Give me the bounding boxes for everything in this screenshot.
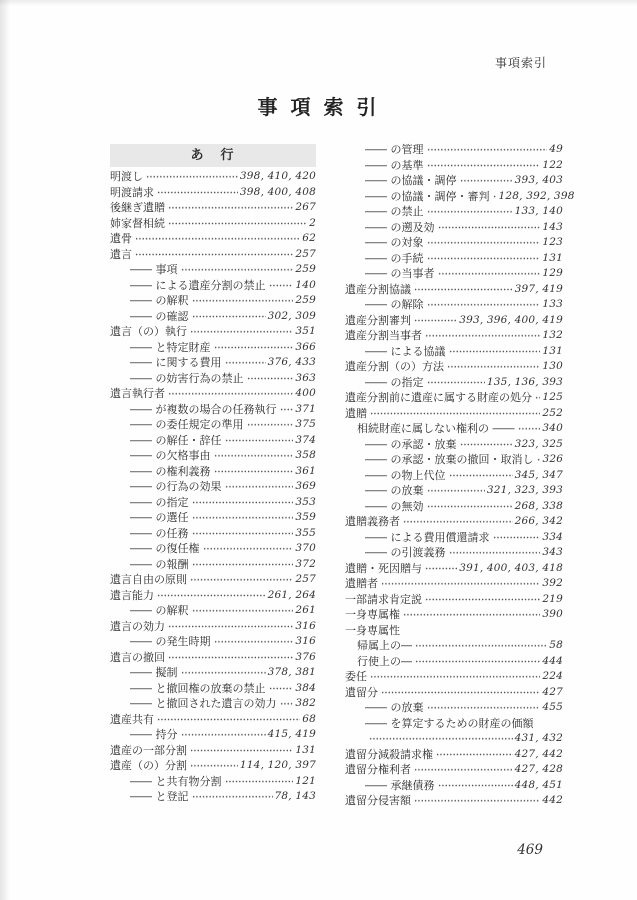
- index-entry: 相続財産に属しない権利の ――340: [345, 421, 563, 437]
- index-entry: ―― の承認・放棄323, 325: [345, 437, 563, 453]
- dot-leader: [224, 433, 294, 449]
- entry-page-numbers: 129: [542, 267, 563, 280]
- entry-page-numbers: 316: [295, 620, 316, 633]
- entry-label: ―― の解除: [365, 298, 424, 311]
- entry-label: ―― が複数の場合の任務執行: [130, 403, 277, 416]
- entry-page-numbers: 257: [295, 248, 316, 261]
- index-entry: 遺贈義務者266, 342: [345, 514, 563, 530]
- entry-label: ―― の基準: [365, 159, 424, 172]
- entry-page-numbers: 378, 381: [268, 666, 316, 679]
- entry-page-numbers: 78, 143: [275, 790, 316, 803]
- entry-label: 遺産分割協議: [345, 283, 411, 296]
- entry-page-numbers: 351: [295, 325, 316, 338]
- dot-leader: [414, 638, 547, 654]
- entry-page-numbers: 384: [295, 682, 316, 695]
- entry-label: 遺産（の）分割: [110, 759, 187, 772]
- entry-label: ―― の放棄: [365, 484, 424, 497]
- dot-leader: [189, 743, 293, 759]
- index-entry: ―― の放棄321, 323, 393: [345, 483, 563, 499]
- entry-page-numbers: 268, 338: [515, 500, 563, 513]
- entry-label: 明渡し: [110, 170, 143, 183]
- entry-page-numbers: 393, 396, 400, 419: [459, 314, 563, 327]
- dot-leader: [459, 437, 513, 453]
- index-entry: ―― の発生時期316: [110, 634, 316, 650]
- dot-leader: [437, 266, 541, 282]
- index-entry: ―― の報酬372: [110, 557, 316, 573]
- entry-label: 帰属上の―: [357, 639, 412, 652]
- entry-page-numbers: 448, 451: [515, 779, 563, 792]
- index-entries-left: 明渡し398, 410, 420明渡請求398, 400, 408後継ぎ遺贈26…: [110, 169, 316, 805]
- entry-label: ―― の当事者: [365, 267, 435, 280]
- dot-leader: [279, 402, 294, 418]
- entry-label: 遺贈義務者: [345, 515, 400, 528]
- dot-leader: [426, 204, 513, 220]
- entry-page-numbers: 2: [309, 217, 316, 230]
- entry-page-numbers: 374: [295, 434, 316, 447]
- dot-leader: [189, 324, 293, 340]
- entry-page-numbers: 261, 264: [268, 589, 316, 602]
- entry-label: ―― の遡及効: [365, 221, 435, 234]
- dot-leader: [268, 681, 294, 697]
- entry-page-numbers: 321, 323, 393: [487, 484, 563, 497]
- index-entry: ―― と撤回権の放棄の禁止384: [110, 681, 316, 697]
- entry-page-numbers: 376: [295, 651, 316, 664]
- dot-leader: [191, 789, 273, 805]
- index-entry: ―― の解釈259: [110, 293, 316, 309]
- index-entry: ―― 擬制378, 381: [110, 665, 316, 681]
- entry-label: 遺産の一部分割: [110, 744, 187, 757]
- entry-page-numbers: 400: [295, 387, 316, 400]
- dot-leader: [189, 572, 293, 588]
- entry-label: ―― による協議: [365, 345, 446, 358]
- section-header-a-gyo: あ 行: [110, 144, 316, 167]
- entry-page-numbers: 370: [295, 542, 316, 555]
- entry-page-numbers: 442: [542, 794, 563, 807]
- entry-label: ―― の協議・調停: [365, 174, 457, 187]
- entry-label: ―― の無効: [365, 500, 424, 513]
- dot-leader: [213, 464, 294, 480]
- index-entry: ―― と共有物分割121: [110, 774, 316, 790]
- dot-leader: [369, 406, 540, 422]
- index-entry: ―― の確認302, 309: [110, 309, 316, 325]
- entry-label: ―― の指定: [130, 496, 189, 509]
- dot-leader: [213, 448, 294, 464]
- index-entry: ―― の基準122: [345, 158, 563, 174]
- index-entry: ―― の解釈261: [110, 603, 316, 619]
- index-entry: ―― の対象123: [345, 235, 563, 251]
- entry-label: ―― の引渡義務: [365, 546, 446, 559]
- entry-label: 遺留分: [345, 686, 378, 699]
- dot-leader: [246, 417, 294, 433]
- dot-leader: [167, 650, 293, 666]
- dot-leader: [446, 359, 540, 375]
- entry-page-numbers: 353: [295, 496, 316, 509]
- index-column-right: ―― の管理49―― の基準122―― の協議・調停393, 403―― の協議…: [345, 140, 563, 809]
- index-entry: 姉家督相続2: [110, 216, 316, 232]
- index-entry: 遺留分侵害額442: [345, 793, 563, 809]
- dot-leader: [191, 495, 294, 511]
- entry-page-numbers: 133: [542, 298, 563, 311]
- entry-label: 遺贈・死因贈与: [345, 562, 422, 575]
- entry-label: ―― と撤回された遺言の効力: [130, 697, 277, 710]
- entry-page-numbers: 267: [295, 201, 316, 214]
- index-entry: 遺産分割（の）方法130: [345, 359, 563, 375]
- index-entry: ―― が複数の場合の任務執行371: [110, 402, 316, 418]
- index-entry: 遺産分割前に遺産に属する財産の処分125: [345, 390, 563, 406]
- entry-label: ―― の解任・辞任: [130, 434, 222, 447]
- index-entry: 遺言能力261, 264: [110, 588, 316, 604]
- index-page: 事項索引 事 項 索 引 あ 行 明渡し398, 410, 420明渡請求398…: [0, 0, 637, 900]
- index-entry: ―― の引渡義務343: [345, 545, 563, 561]
- entry-label: ―― の解釈: [130, 294, 189, 307]
- dot-leader: [191, 293, 294, 309]
- entry-page-numbers: 393, 403: [515, 174, 563, 187]
- index-entry: ―― の妨害行為の禁止363: [110, 371, 316, 387]
- entry-label: 遺贈者: [345, 577, 378, 590]
- index-entry: ―― と撤回された遺言の効力382: [110, 696, 316, 712]
- index-entry: ―― の管理49: [345, 142, 563, 158]
- index-entry: 遺言執行者400: [110, 386, 316, 402]
- index-entry: 遺贈・死因贈与391, 400, 403, 418: [345, 561, 563, 577]
- entry-page-numbers: 427: [542, 686, 563, 699]
- dot-leader: [424, 592, 540, 608]
- entry-page-numbers: 343: [542, 546, 563, 559]
- index-entry: ―― の任務355: [110, 526, 316, 542]
- dot-leader: [426, 235, 541, 251]
- index-entry: ―― の遡及効143: [345, 220, 563, 236]
- index-entry: 一身専属権390: [345, 607, 563, 623]
- index-entry: 遺言の効力316: [110, 619, 316, 635]
- entry-label: ―― の物上代位: [365, 469, 446, 482]
- dot-leader: [246, 371, 294, 387]
- dot-leader: [191, 557, 294, 573]
- dot-leader: [380, 576, 540, 592]
- entry-page-numbers: 334: [542, 531, 563, 544]
- dot-leader: [492, 189, 497, 205]
- dot-leader: [426, 158, 541, 174]
- entry-page-numbers: 132: [542, 329, 563, 342]
- entry-page-numbers: 355: [295, 527, 316, 540]
- dot-leader: [167, 619, 293, 635]
- dot-leader: [437, 778, 513, 794]
- entry-label: ―― の発生時期: [130, 635, 211, 648]
- entry-label: ―― の協議・調停・審判: [365, 190, 490, 203]
- entry-label: 遺言自由の原則: [110, 573, 187, 586]
- index-entry: 明渡請求398, 400, 408: [110, 185, 316, 201]
- dot-leader: [156, 712, 300, 728]
- entry-label: 一部請求肯定説: [345, 593, 422, 606]
- entry-label: 行使上の―: [357, 655, 412, 668]
- dot-leader: [459, 173, 513, 189]
- index-entry: 遺言自由の原則257: [110, 572, 316, 588]
- index-entry: 遺留分427: [345, 685, 563, 701]
- dot-leader: [268, 278, 294, 294]
- dot-leader: [402, 514, 513, 530]
- entry-label: 明渡請求: [110, 186, 154, 199]
- dot-leader: [180, 727, 266, 743]
- entry-page-numbers: 415, 419: [268, 728, 316, 741]
- entry-label: 遺産分割前に遺産に属する財産の処分: [345, 391, 532, 404]
- index-entry: ―― による費用償還請求334: [345, 530, 563, 546]
- entry-page-numbers: 121: [295, 775, 316, 788]
- entry-page-numbers: 397, 419: [515, 283, 563, 296]
- dot-leader: [536, 452, 541, 468]
- index-entry: ―― の復任権370: [110, 541, 316, 557]
- entry-label: ―― の妨害行為の禁止: [130, 372, 244, 385]
- page-number: 469: [517, 842, 543, 858]
- entry-label: 遺言能力: [110, 589, 154, 602]
- entry-page-numbers: 122: [542, 159, 563, 172]
- index-entry: 明渡し398, 410, 420: [110, 169, 316, 185]
- entry-page-numbers: 390: [542, 608, 563, 621]
- entry-label: 遺言の撤回: [110, 651, 165, 664]
- entry-label: ―― を算定するための財産の価額: [365, 717, 534, 730]
- entry-page-numbers: 257: [295, 573, 316, 586]
- entry-page-numbers: 114, 120, 397: [240, 759, 316, 772]
- entry-label: ―― と登記: [130, 790, 189, 803]
- dot-leader: [167, 216, 307, 232]
- entry-page-numbers: 345, 347: [515, 469, 563, 482]
- dot-leader: [426, 251, 541, 267]
- index-entry: 遺産（の）分割114, 120, 397: [110, 758, 316, 774]
- entry-label: 遺言の効力: [110, 620, 165, 633]
- entry-page-numbers: 62: [302, 232, 316, 245]
- entry-label: 遺言: [110, 248, 132, 261]
- dot-leader: [134, 231, 300, 247]
- dot-leader: [224, 479, 294, 495]
- dot-leader: [191, 526, 294, 542]
- entry-page-numbers: 131: [295, 744, 316, 757]
- entry-label: ―― の選任: [130, 511, 189, 524]
- dot-leader: [414, 654, 540, 670]
- dot-leader: [368, 731, 513, 747]
- entry-page-numbers: 375: [295, 418, 316, 431]
- dot-leader: [492, 530, 541, 546]
- entry-label: ―― と特定財産: [130, 341, 211, 354]
- index-entry: ―― による遺産分割の禁止140: [110, 278, 316, 294]
- index-entry: ―― の承認・放棄の撤回・取消し326: [345, 452, 563, 468]
- index-entry: ―― と登記78, 143: [110, 789, 316, 805]
- entry-page-numbers: 133, 140: [515, 205, 563, 218]
- entry-label: ―― の欠格事由: [130, 449, 211, 462]
- entry-page-numbers: 369: [295, 480, 316, 493]
- index-entry: ―― の選任359: [110, 510, 316, 526]
- dot-leader: [156, 588, 266, 604]
- dot-leader: [413, 793, 540, 809]
- index-entry: 遺言（の）執行351: [110, 324, 316, 340]
- index-entry: 後継ぎ遺贈267: [110, 200, 316, 216]
- entry-page-numbers: 68: [302, 713, 316, 726]
- entry-label: 遺言（の）執行: [110, 325, 187, 338]
- dot-leader: [426, 700, 541, 716]
- index-entry: ―― 承継債務448, 451: [345, 778, 563, 794]
- index-entry: 行使上の―444: [345, 654, 563, 670]
- entry-label: ―― の指定: [365, 376, 424, 389]
- entry-page-numbers: 371: [295, 403, 316, 416]
- entry-page-numbers: 224: [542, 670, 563, 683]
- index-entry: ―― 事項259: [110, 262, 316, 278]
- entry-page-numbers: 444: [542, 655, 563, 668]
- entry-page-numbers: 259: [295, 294, 316, 307]
- entry-label: ―― の復任権: [130, 542, 200, 555]
- index-entry: ―― の当事者129: [345, 266, 563, 282]
- entry-label: ―― の対象: [365, 236, 424, 249]
- entry-page-numbers: 130: [542, 360, 563, 373]
- entry-label: ―― による遺産分割の禁止: [130, 279, 266, 292]
- dot-leader: [435, 747, 513, 763]
- dot-leader: [413, 313, 457, 329]
- entry-page-numbers: 359: [295, 511, 316, 524]
- dot-leader: [413, 282, 513, 298]
- entry-label: ―― の管理: [365, 143, 424, 156]
- index-entry: 遺留分減殺請求権427, 442: [345, 747, 563, 763]
- dot-leader: [213, 634, 294, 650]
- dot-leader: [145, 169, 238, 185]
- dot-leader: [424, 328, 540, 344]
- entry-label: 遺贈: [345, 407, 367, 420]
- entry-page-numbers: 131: [542, 252, 563, 265]
- index-entries-right: ―― の管理49―― の基準122―― の協議・調停393, 403―― の協議…: [345, 142, 563, 809]
- entry-page-numbers: 323, 325: [515, 438, 563, 451]
- scan-edge-shadow-left: [0, 0, 10, 900]
- running-header: 事項索引: [495, 54, 547, 71]
- index-entry: 委任224: [345, 669, 563, 685]
- index-entry: ―― の権利義務361: [110, 464, 316, 480]
- index-entry: ―― による協議131: [345, 344, 563, 360]
- entry-label: ―― の解釈: [130, 604, 189, 617]
- entry-page-numbers: 58: [549, 639, 563, 652]
- dot-leader: [402, 607, 540, 623]
- entry-label: ―― の手続: [365, 252, 424, 265]
- index-entry: ―― 持分415, 419: [110, 727, 316, 743]
- index-entry: ―― の協議・調停・審判128, 392, 398: [345, 189, 563, 205]
- index-entry: ―― の欠格事由358: [110, 448, 316, 464]
- entry-page-numbers: 316: [295, 635, 316, 648]
- entry-label: ―― の任務: [130, 527, 189, 540]
- entry-label: ―― の放棄: [365, 701, 424, 714]
- entry-label: 姉家督相続: [110, 217, 165, 230]
- dot-leader: [167, 200, 293, 216]
- index-entry: ―― の無効268, 338: [345, 499, 563, 515]
- entry-page-numbers: 128, 392, 398: [499, 190, 575, 203]
- dot-leader: [413, 762, 513, 778]
- entry-label: 遺留分侵害額: [345, 794, 411, 807]
- entry-page-numbers: 427, 442: [515, 748, 563, 761]
- dot-leader: [448, 545, 541, 561]
- entry-label: ―― による費用償還請求: [365, 531, 490, 544]
- index-entry: ―― と特定財産366: [110, 340, 316, 356]
- index-entry: 一身専属性: [345, 623, 563, 639]
- entry-page-numbers: 382: [295, 697, 316, 710]
- entry-label: 遺産共有: [110, 713, 154, 726]
- entry-label: ―― の委任規定の準用: [130, 418, 244, 431]
- entry-label: ―― 擬制: [130, 666, 178, 679]
- index-entry: ―― の解任・辞任374: [110, 433, 316, 449]
- index-entry: 遺贈252: [345, 406, 563, 422]
- dot-leader: [191, 510, 294, 526]
- scan-edge-shadow-top: [0, 0, 637, 6]
- entry-page-numbers: 398, 410, 420: [240, 170, 316, 183]
- entry-page-numbers: 427, 428: [515, 763, 563, 776]
- entry-page-numbers: 455: [542, 701, 563, 714]
- index-entry: 遺産共有68: [110, 712, 316, 728]
- entry-page-numbers: 431, 432: [515, 732, 563, 745]
- page-title: 事 項 索 引: [0, 91, 637, 120]
- entry-page-numbers: 125: [542, 391, 563, 404]
- index-entry: ―― の指定135, 136, 393: [345, 375, 563, 391]
- index-entry: 遺贈者392: [345, 576, 563, 592]
- entry-page-numbers: 49: [549, 143, 563, 156]
- index-entry: ―― の手続131: [345, 251, 563, 267]
- entry-label: ―― の承認・放棄: [365, 438, 457, 451]
- entry-page-numbers: 358: [295, 449, 316, 462]
- entry-label: 遺産分割当事者: [345, 329, 422, 342]
- index-entry: 遺産分割当事者132: [345, 328, 563, 344]
- entry-label: ―― の確認: [130, 310, 189, 323]
- dot-leader: [202, 541, 294, 557]
- dot-leader: [380, 685, 540, 701]
- entry-label: 遺留分権利者: [345, 763, 411, 776]
- dot-leader: [426, 142, 548, 158]
- entry-page-numbers: 361: [295, 465, 316, 478]
- dot-leader: [180, 262, 294, 278]
- dot-leader: [369, 669, 540, 685]
- entry-label: ―― 事項: [130, 263, 178, 276]
- index-entry: ―― の禁止133, 140: [345, 204, 563, 220]
- entry-label: 一身専属性: [345, 624, 400, 637]
- entry-label: ―― 持分: [130, 728, 178, 741]
- index-entry: 帰属上の―58: [345, 638, 563, 654]
- entry-label: ―― の禁止: [365, 205, 424, 218]
- dot-leader: [189, 758, 238, 774]
- index-entry: ―― に関する費用376, 433: [110, 355, 316, 371]
- index-entry: 遺言257: [110, 247, 316, 263]
- entry-label: 遺産分割審判: [345, 314, 411, 327]
- entry-page-numbers: 372: [295, 558, 316, 571]
- entry-label: ―― の権利義務: [130, 465, 211, 478]
- entry-page-numbers: 123: [542, 236, 563, 249]
- index-entry: 遺産分割協議397, 419: [345, 282, 563, 298]
- entry-label: ―― と共有物分割: [130, 775, 222, 788]
- index-entry: ―― の放棄455: [345, 700, 563, 716]
- dot-leader: [167, 386, 293, 402]
- dot-leader: [279, 696, 294, 712]
- dot-leader: [224, 774, 294, 790]
- entry-label: 遺産分割（の）方法: [345, 360, 444, 373]
- entry-page-numbers: 326: [543, 453, 564, 466]
- index-entry: 遺言の撤回376: [110, 650, 316, 666]
- entry-page-numbers: 340: [542, 422, 563, 435]
- entry-label: ―― の承認・放棄の撤回・取消し: [365, 453, 534, 466]
- entry-label: ―― と撤回権の放棄の禁止: [130, 682, 266, 695]
- dot-leader: [213, 340, 294, 356]
- entry-label: 遺留分減殺請求権: [345, 748, 433, 761]
- entry-label: 後継ぎ遺贈: [110, 201, 165, 214]
- dot-leader: [424, 561, 457, 577]
- entry-page-numbers: 219: [542, 593, 563, 606]
- dot-leader: [448, 468, 513, 484]
- entry-page-numbers: 143: [542, 221, 563, 234]
- entry-label: 相続財産に属しない権利の ――: [357, 422, 515, 435]
- index-entry: 遺産の一部分割131: [110, 743, 316, 759]
- index-entry: 431, 432: [345, 731, 563, 747]
- entry-label: ―― に関する費用: [130, 356, 222, 369]
- dot-leader: [191, 309, 266, 325]
- index-entry: 遺産分割審判393, 396, 400, 419: [345, 313, 563, 329]
- entry-label: 遺言執行者: [110, 387, 165, 400]
- entry-page-numbers: 259: [295, 263, 316, 276]
- entry-label: 一身専属権: [345, 608, 400, 621]
